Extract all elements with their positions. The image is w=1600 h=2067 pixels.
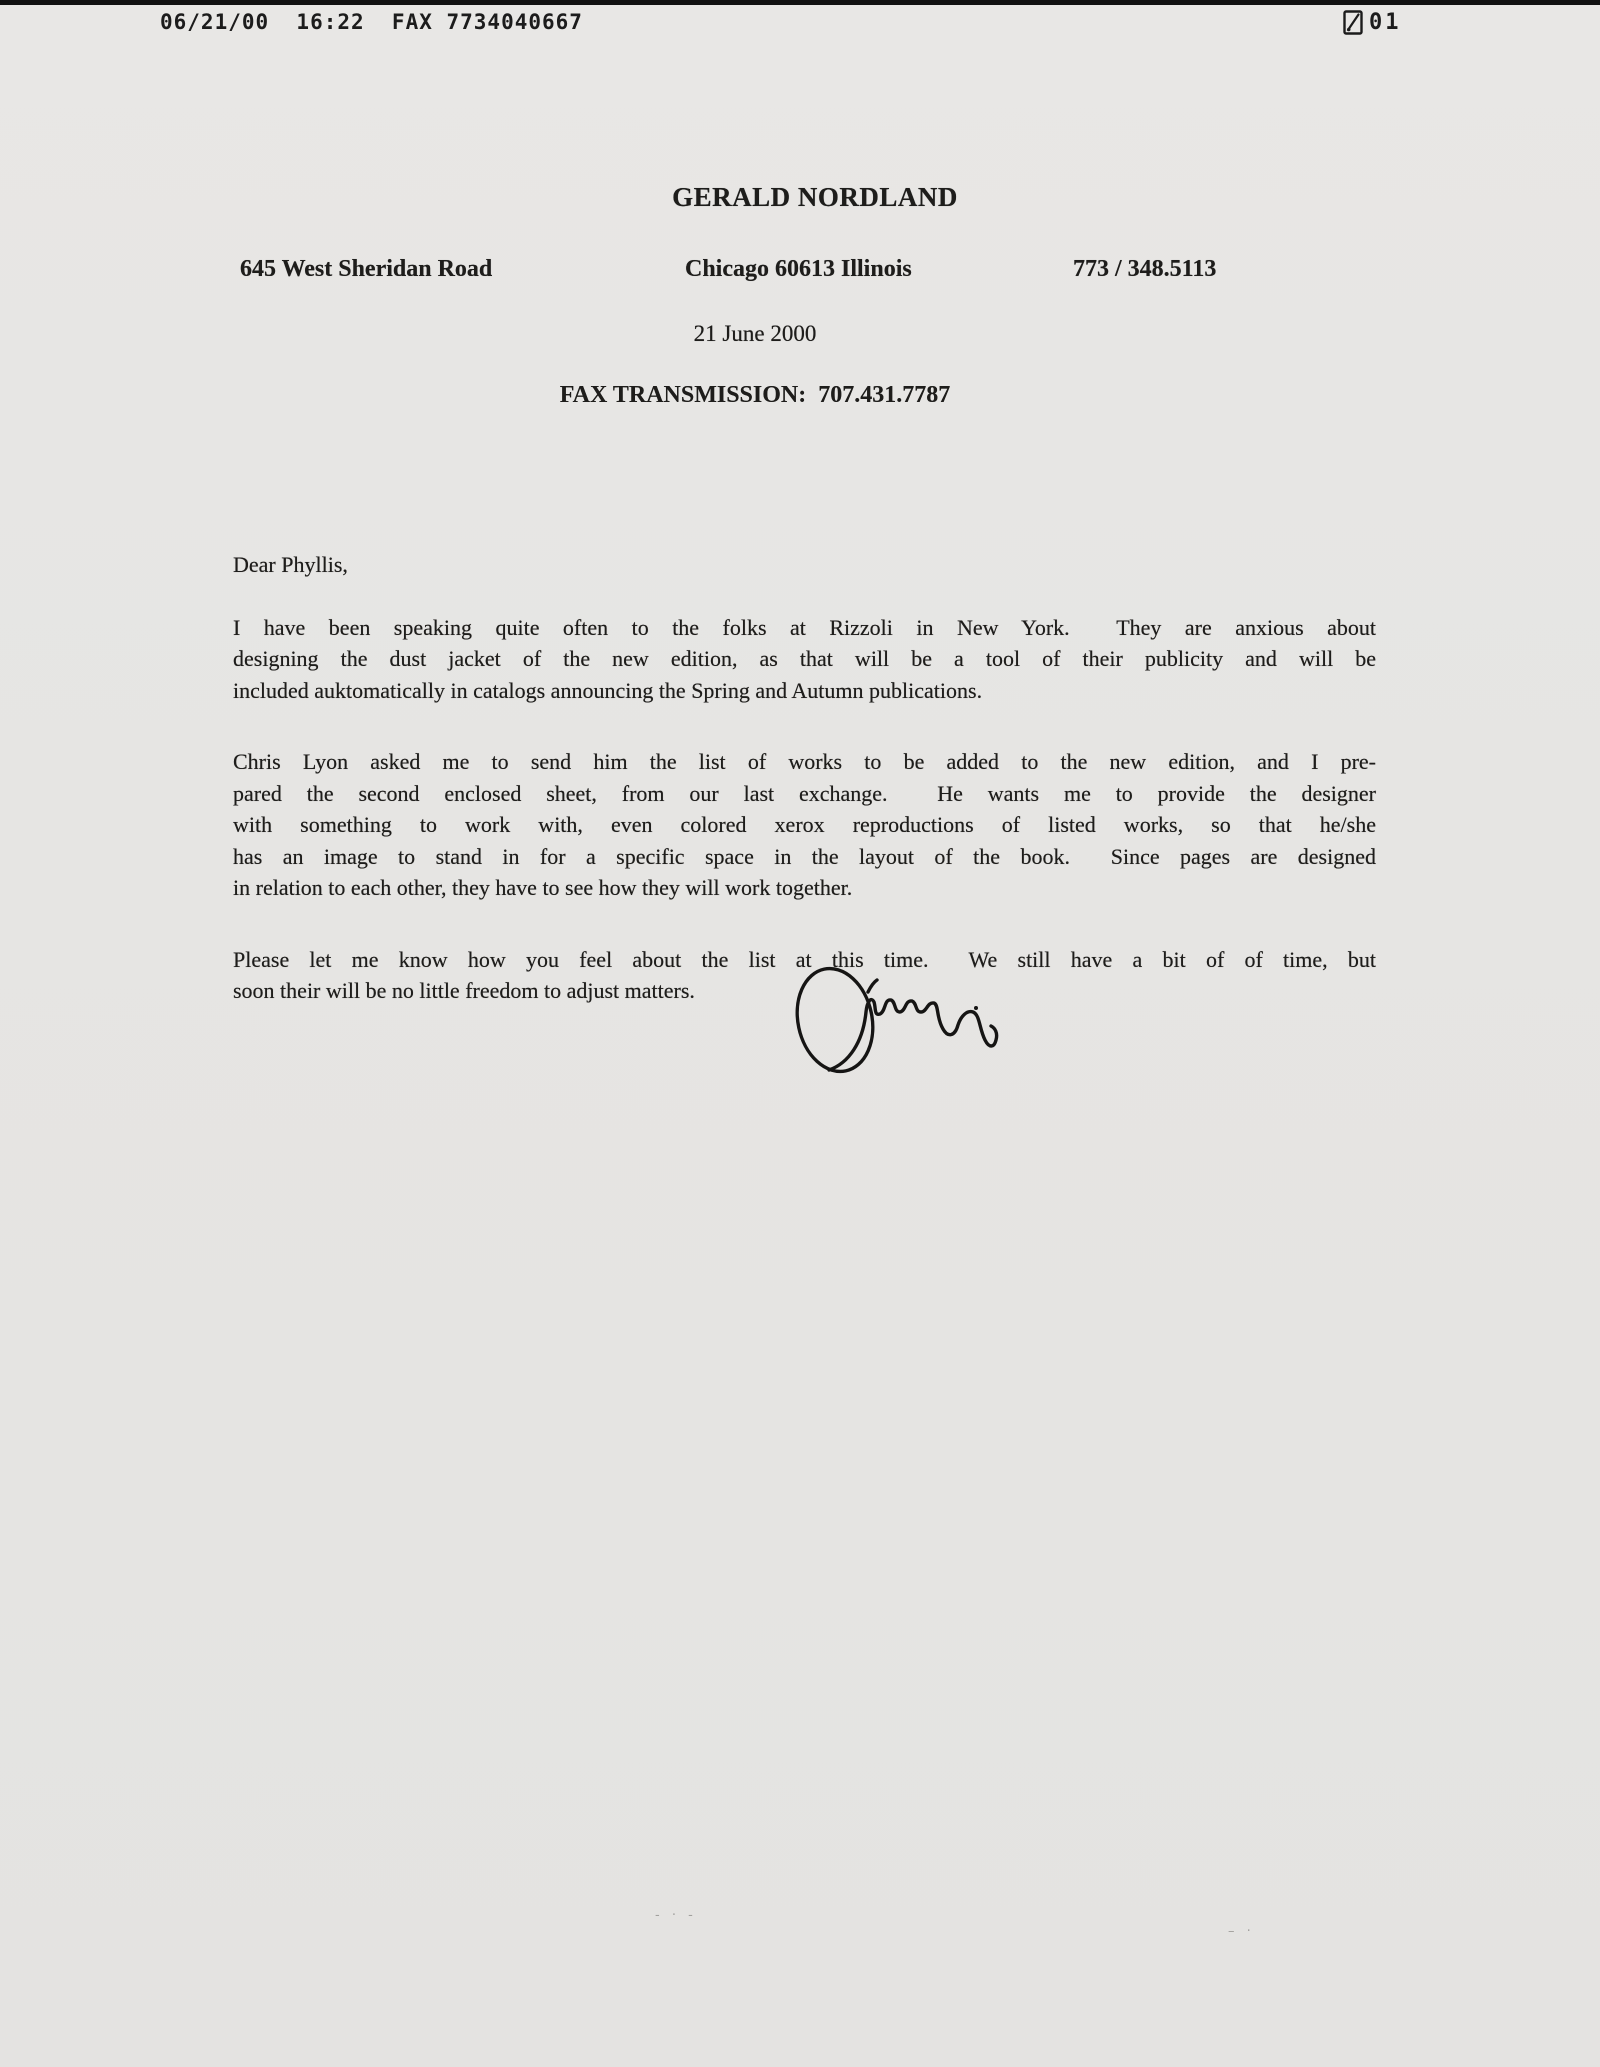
paragraph: Please let me know how you feel about th… xyxy=(233,944,1376,1007)
paragraph: I have been speaking quite often to the … xyxy=(233,612,1376,707)
fax-header-line: 06/21/00 16:22 FAX 7734040667 xyxy=(160,10,583,34)
paragraph-line: designing the dust jacket of the new edi… xyxy=(233,643,1376,675)
paragraph-line: included auktomatically in catalogs anno… xyxy=(233,675,1376,707)
paragraph-line: Chris Lyon asked me to send him the list… xyxy=(233,746,1376,778)
paragraph-line: with something to work with, even colore… xyxy=(233,809,1376,841)
letterhead-city: Chicago 60613 Illinois xyxy=(685,256,912,283)
fax-page-number: 01 xyxy=(1369,10,1402,35)
letterhead-address: 645 West Sheridan Road xyxy=(240,256,492,283)
scan-artifact-dot: – · xyxy=(1228,1924,1255,1939)
paragraph-line: soon their will be no little freedom to … xyxy=(233,975,1376,1007)
salutation: Dear Phyllis, xyxy=(233,549,1376,581)
letter-body: Dear Phyllis, I have been speaking quite… xyxy=(233,549,1376,1007)
paragraphs: I have been speaking quite often to the … xyxy=(233,612,1376,1007)
fax-page-icon xyxy=(1342,8,1366,37)
paragraph-line: I have been speaking quite often to the … xyxy=(233,612,1376,644)
paragraph-line: pared the second enclosed sheet, from ou… xyxy=(233,778,1376,810)
letterhead-name: GERALD NORDLAND xyxy=(30,182,1600,213)
letterhead-phone: 773 / 348.5113 xyxy=(1073,256,1216,283)
fax-page-indicator: 01 xyxy=(1342,8,1402,37)
scan-edge-artifact xyxy=(0,0,1600,5)
paragraph-line: has an image to stand in for a specific … xyxy=(233,841,1376,873)
fax-header: 06/21/00 16:22 FAX 7734040667 01 xyxy=(0,8,1600,42)
paragraph: Chris Lyon asked me to send him the list… xyxy=(233,746,1376,904)
paragraph-line: Please let me know how you feel about th… xyxy=(233,944,1376,976)
paragraph-line: in relation to each other, they have to … xyxy=(233,872,1376,904)
fax-page: 06/21/00 16:22 FAX 7734040667 01 GERALD … xyxy=(0,0,1600,2067)
scan-artifact-dashes: - · - xyxy=(655,1908,697,1923)
letter-date: 21 June 2000 xyxy=(0,321,1510,347)
fax-transmission-line: FAX TRANSMISSION: 707.431.7787 xyxy=(0,382,1510,409)
